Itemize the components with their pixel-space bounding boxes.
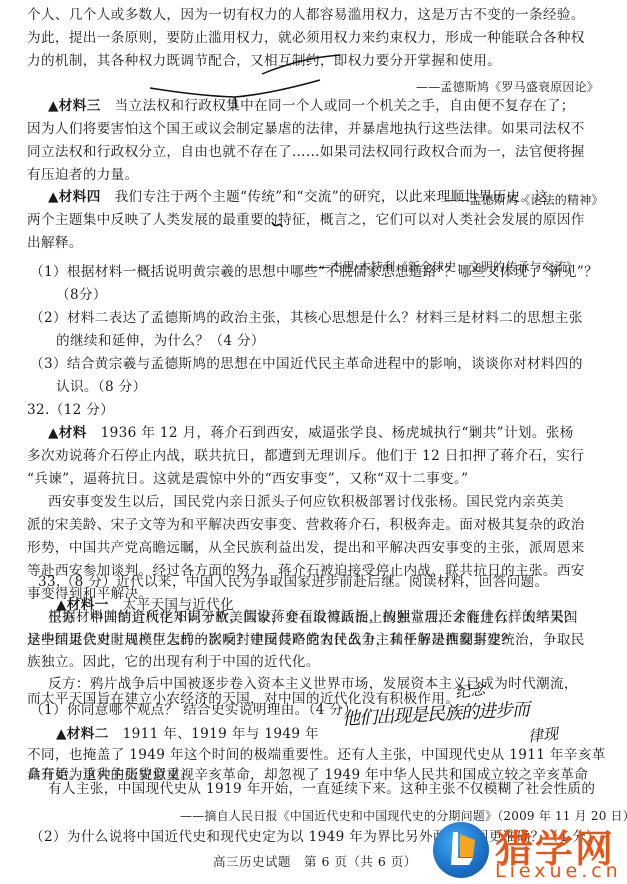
page-footer: 高三历史试题 第 6 页（共 6 页） (213, 852, 417, 870)
material1-line: 为此，提出一条原则，要防止滥用权力，就必须用权力来约束权力，形成一种能联合各种权 (27, 29, 585, 47)
material4-line: 出解释。 (27, 234, 83, 252)
q31-question-3-cont: 认识。（8 分） (56, 378, 147, 396)
q32-line: “兵谏”，逼蒋抗日。这就是震惊中外的“西安事变”，又称“双十二事变。” (27, 470, 468, 488)
q32-header: 32.（12 分） (27, 401, 114, 419)
q31-question-3: （3）结合黄宗羲与孟德斯鸠的思想在中国近代民主革命进程中的影响，谈谈你对材料四的 (30, 355, 583, 373)
q31-question-2: （2）材料二表达了孟德斯鸠的政治主张，其核心思想是什么？材料三是材料二的思想主张 (30, 309, 583, 327)
q33-header: 33.（8 分）近代以来，中国人民为争取国家进步前赴后继。阅读材料，回答问题。 (38, 573, 548, 591)
q33-material1-title: 太平天国与近代化 (123, 597, 235, 613)
material3-label: ▲材料三 (48, 98, 101, 114)
material3-line: 因为人们将要害怕这个国王或议会制定暴虐的法律，并暴虐地执行这些法律。如果司法权不 (27, 120, 585, 138)
exam-page: 个人、几个人或多数人，因为一切有权力的人都容易滥用权力，这是万古不变的一条经验。… (0, 0, 627, 884)
material3-line: 同立法权和行政权分立，自由也就不存在了……如果司法权同行政权合而为一，法官便将握 (27, 143, 585, 161)
material4-first-line: ▲材料四 我们专注于两个主题“传统”和“交流”的研究，以此来理顺世界历史。这 (48, 188, 548, 206)
q32-line: 形势，中国共产党高瞻远瞩，从全民族利益出发，提出和平解决西安事变的主张，派周恩来 (27, 539, 585, 557)
logo-text-en: Liexue.cn (495, 860, 622, 882)
q31-question-1-score: （8分） (56, 286, 107, 304)
q32-line: 西安事变发生以后，国民党内亲日派头子何应钦积极部署讨伐张杨。国民党内亲英美 (48, 493, 564, 511)
material3-line: 有压迫者的力量。 (27, 166, 139, 184)
material1-line: 个人、几个人或多数人，因为一切有权力的人都容易滥用权力，这是万古不变的一条经验。 (27, 6, 585, 24)
q33-material1-heading: ▲材料一 太平天国与近代化 (56, 596, 234, 614)
q32-material-label: ▲材料 (48, 425, 87, 441)
q31-question-2-cont: 的继续和延伸，为什么？（4 分） (56, 332, 265, 350)
q32-line: 派的宋美龄、宋子文等为和平解决西安事变、营救蒋介石，积极奔走。面对极其复杂的政治 (27, 516, 585, 534)
material1-source: ——孟德斯鸠《罗马盛衰原因论》 (416, 79, 599, 95)
material3-first-line: ▲材料三 当立法权和行政权集中在同一个人或同一个机关之手，自由便不复存在了； (48, 97, 575, 115)
handwriting-note-3: 律现 (527, 722, 559, 746)
material4-line: 两个主题集中反映了人类发展的最重要的特征，概言之，它们可以对人类社会发展的原因作 (27, 211, 585, 229)
q32-question: 这些结果会对时局产生怎样的影响？中国共产党为什么力主和平解决西安事变？ (27, 631, 515, 649)
material4-label: ▲材料四 (48, 189, 101, 205)
q32-first-line: ▲材料 1936 年 12 月，蒋介石到西安，威逼张学良、杨虎城执行“剿共”计划… (48, 424, 574, 442)
q33-material1-label: ▲材料一 (56, 597, 109, 613)
q31-question-1: （1）根据材料一概括说明黄宗羲的思想中哪些“不脱儒家思想道路”？哪些又体现了“新… (30, 263, 598, 281)
logo-book-icon (447, 830, 477, 868)
material1-line: 力的机制，其各种权力既调节配合，又相互制约，即权力要分开掌握和使用。 (27, 52, 501, 70)
watermark-logo: 猎学网 Liexue.cn (433, 822, 623, 884)
q32-line: 多次劝说蒋介石停止内战，联共抗日，都遭到无理训斥。他们于 12 日扣押了蒋介石，… (27, 447, 584, 465)
